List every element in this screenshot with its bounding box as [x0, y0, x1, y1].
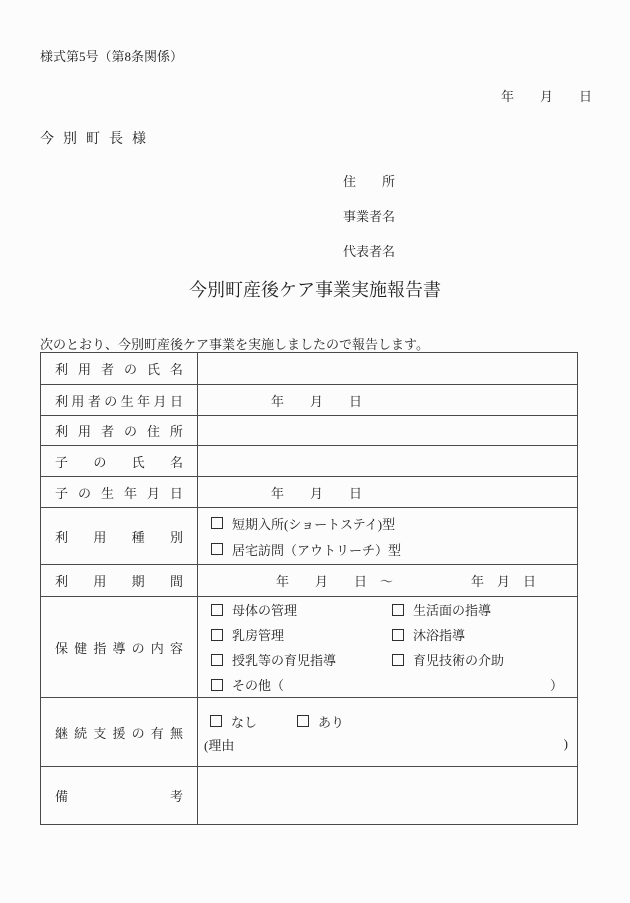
checkbox-icon [210, 715, 222, 727]
checkbox-icon [211, 679, 223, 691]
guidance-option-maternal: 母体の管理 [211, 597, 392, 622]
table-row-user-name: 利用者の氏名 [41, 353, 578, 385]
row-value-use-type: 短期入所(ショートステイ)型 居宅訪問（アウトリーチ）型 [198, 508, 578, 565]
support-reason-close-paren: ) [564, 736, 568, 752]
table-row-user-address: 利用者の住所 [41, 416, 578, 446]
guidance-option-label: 母体の管理 [232, 600, 297, 619]
checkbox-icon [392, 629, 404, 641]
row-value-child-name [198, 446, 578, 477]
guidance-other-open: その他（ [211, 672, 284, 697]
row-label: 子の氏名 [41, 452, 197, 471]
use-type-option-outreach: 居宅訪問（アウトリーチ）型 [211, 536, 577, 562]
support-options-line: なし あり [204, 709, 568, 733]
table-row-child-birthdate: 子の生年月日 年 月 日 [41, 477, 578, 508]
sender-representative-label: 代表者名 [343, 245, 395, 259]
table-row-guidance: 保健指導の内容 母体の管理 生活面の指導 乳房管理 [41, 597, 578, 698]
document-page: 様式第5号（第8条関係） 年 月 日 今別町長様 住 所 事業者名 代表者名 今… [0, 0, 630, 903]
checkbox-icon [211, 629, 223, 641]
guidance-option-label: 乳房管理 [232, 625, 284, 644]
support-option-yes: あり [297, 709, 344, 734]
row-value-child-birthdate: 年 月 日 [198, 477, 578, 508]
guidance-other-label: その他（ [232, 675, 284, 694]
use-type-option-label: 短期入所(ショートステイ)型 [232, 514, 395, 533]
row-label: 子の生年月日 [41, 483, 197, 502]
checkbox-icon [211, 543, 223, 555]
checkbox-icon [211, 654, 223, 666]
row-label: 利用者の氏名 [41, 359, 197, 378]
row-label: 備考 [41, 786, 197, 805]
checkbox-icon [392, 604, 404, 616]
document-title: 今別町産後ケア事業実施報告書 [0, 276, 630, 302]
checkbox-icon [392, 654, 404, 666]
report-table: 利用者の氏名 利用者の生年月日 年 月 日 利用者の住所 子の氏名 子の生年月日… [40, 352, 578, 825]
guidance-option-breast: 乳房管理 [211, 622, 392, 647]
checkbox-icon [211, 517, 223, 529]
form-number: 様式第5号（第8条関係） [40, 46, 183, 65]
row-label: 継続支援の有無 [41, 723, 197, 742]
guidance-option-bathing: 沐浴指導 [392, 622, 563, 647]
intro-text: 次のとおり、今別町産後ケア事業を実施しましたので報告します。 [40, 334, 429, 353]
row-label: 利用種別 [41, 527, 197, 546]
issue-date: 年 月 日 [501, 86, 592, 105]
checkbox-icon [297, 715, 309, 727]
row-label: 保健指導の内容 [41, 638, 197, 657]
support-option-none: なし [210, 709, 257, 734]
support-option-label: なし [231, 712, 257, 731]
guidance-option-lifestyle: 生活面の指導 [392, 597, 563, 622]
row-value-user-birthdate: 年 月 日 [198, 385, 578, 416]
use-type-option-label: 居宅訪問（アウトリーチ）型 [232, 540, 401, 559]
table-row-child-name: 子の氏名 [41, 446, 578, 477]
row-value-user-address [198, 416, 578, 446]
table-row-remarks: 備考 [41, 767, 578, 825]
row-label: 利用者の生年月日 [41, 391, 197, 410]
guidance-options-grid: 母体の管理 生活面の指導 乳房管理 沐浴指導 [211, 597, 563, 672]
guidance-option-label: 沐浴指導 [413, 625, 465, 644]
table-row-use-period: 利用期間 年 月 日 ～ 年 月 日 [41, 565, 578, 597]
table-row-use-type: 利用種別 短期入所(ショートステイ)型 居宅訪問（アウトリーチ）型 [41, 508, 578, 565]
addressee: 今別町長様 [40, 128, 155, 148]
sender-address-label: 住 所 [343, 175, 395, 189]
row-value-remarks [198, 767, 578, 825]
sender-business-name-label: 事業者名 [343, 210, 395, 224]
support-reason-line: (理由 ) [204, 733, 568, 755]
row-value-continued-support: なし あり (理由 ) [198, 698, 578, 767]
row-label: 利用者の住所 [41, 421, 197, 440]
guidance-option-other: その他（ ） [211, 672, 563, 697]
row-value-user-name [198, 353, 578, 385]
support-reason-open: (理由 [204, 735, 234, 754]
guidance-option-label: 育児技術の介助 [413, 650, 504, 669]
guidance-option-childcare-skill: 育児技術の介助 [392, 647, 563, 672]
row-value-use-period: 年 月 日 ～ 年 月 日 [198, 565, 578, 597]
checkbox-icon [211, 604, 223, 616]
guidance-option-label: 授乳等の育児指導 [232, 650, 336, 669]
table-row-continued-support: 継続支援の有無 なし あり (理由 ) [41, 698, 578, 767]
row-value-guidance: 母体の管理 生活面の指導 乳房管理 沐浴指導 [198, 597, 578, 698]
table-row-user-birthdate: 利用者の生年月日 年 月 日 [41, 385, 578, 416]
support-option-label: あり [318, 712, 344, 731]
guidance-other-close-paren: ） [550, 675, 563, 694]
guidance-option-label: 生活面の指導 [413, 600, 491, 619]
guidance-option-feeding: 授乳等の育児指導 [211, 647, 392, 672]
row-label: 利用期間 [41, 571, 197, 590]
use-type-option-shortstay: 短期入所(ショートステイ)型 [211, 510, 577, 536]
sender-block: 住 所 事業者名 代表者名 [343, 175, 395, 280]
